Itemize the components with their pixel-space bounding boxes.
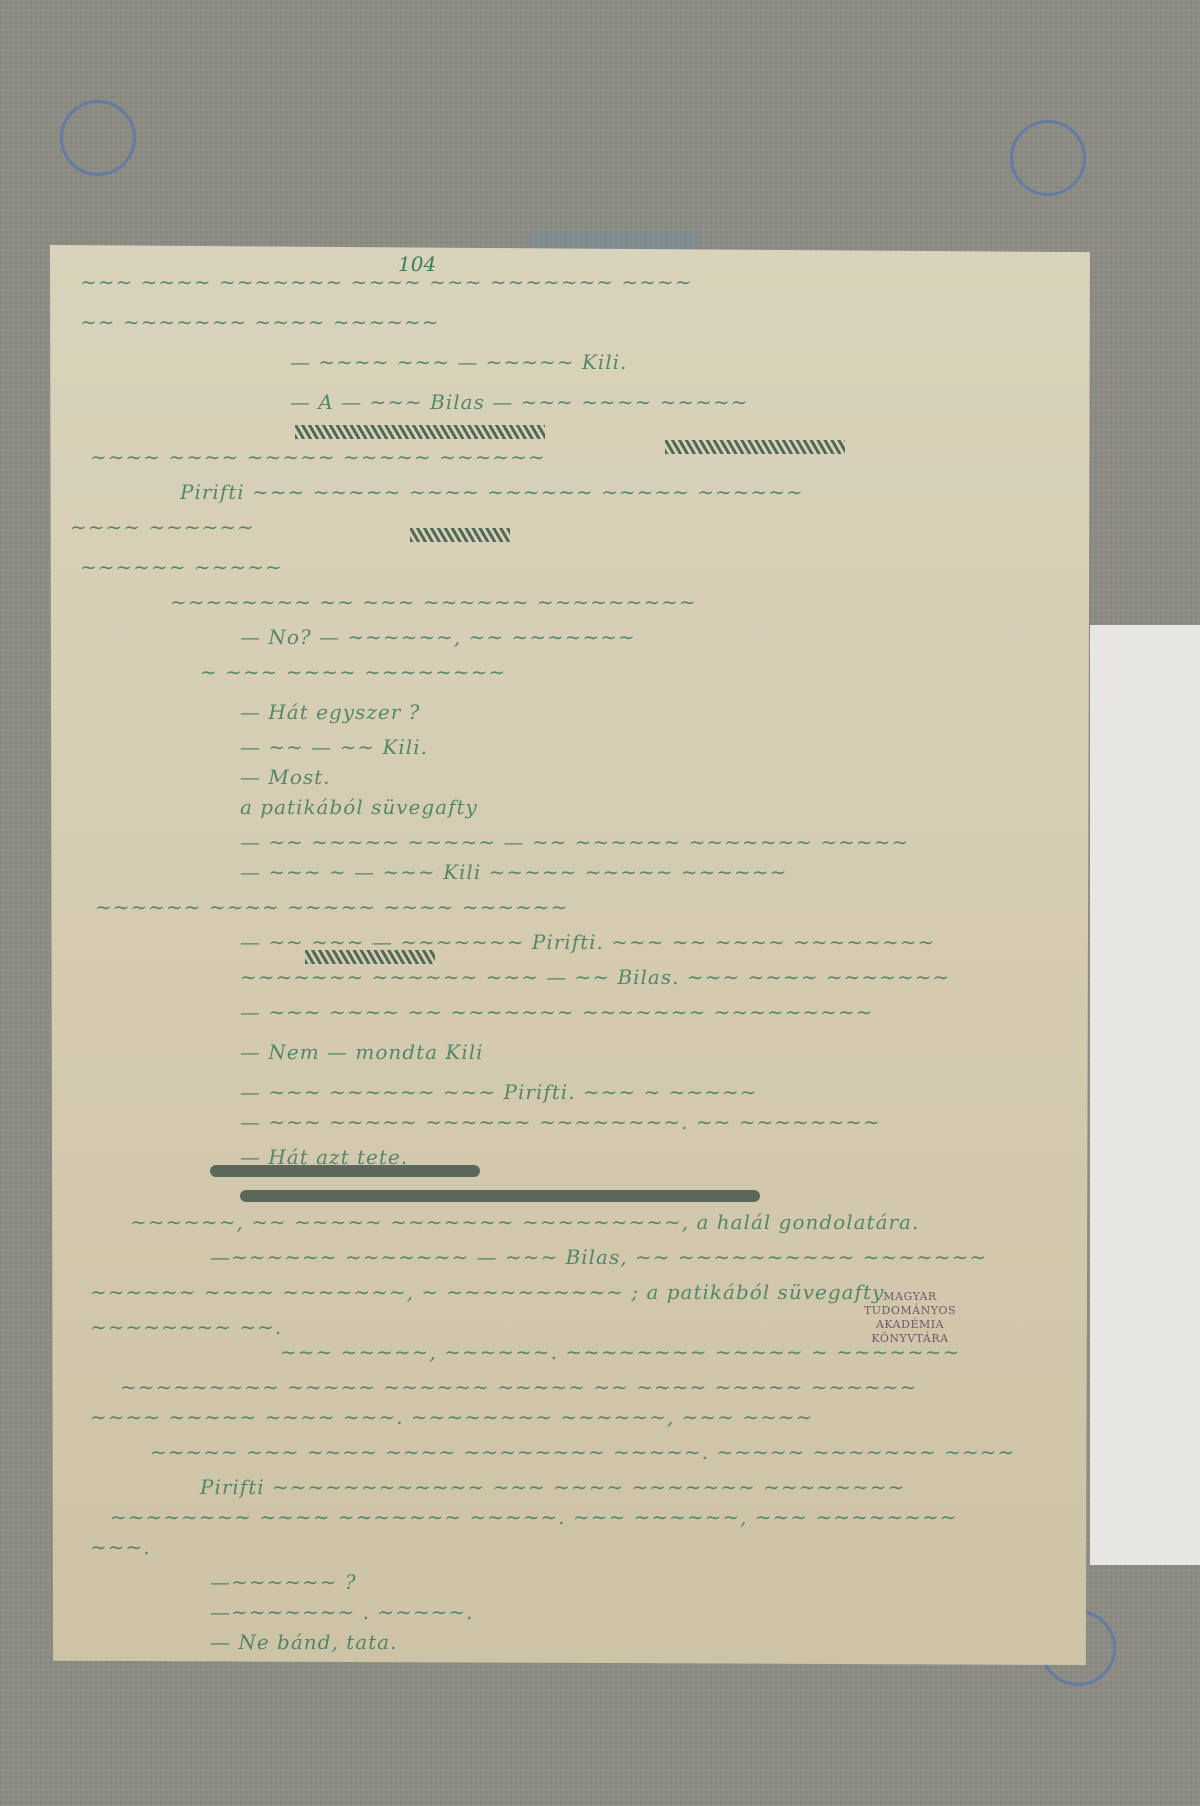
- manuscript-line: —∼∼∼∼∼∼ ∼∼∼∼∼∼∼ — ∼∼∼ Bilas, ∼∼ ∼∼∼∼∼∼∼∼…: [210, 1245, 987, 1269]
- manuscript-line: ∼∼∼∼∼ ∼∼∼ ∼∼∼∼ ∼∼∼∼ ∼∼∼∼∼∼∼∼ ∼∼∼∼∼. ∼∼∼∼…: [150, 1440, 1015, 1464]
- manuscript-line: ∼∼∼∼∼∼∼∼∼ ∼∼∼∼∼ ∼∼∼∼∼∼ ∼∼∼∼∼ ∼∼ ∼∼∼∼ ∼∼∼…: [120, 1375, 917, 1399]
- crossed-out-text: [210, 1165, 480, 1177]
- manuscript-line: — ∼∼ ∼∼∼∼∼ ∼∼∼∼∼ — ∼∼ ∼∼∼∼∼∼ ∼∼∼∼∼∼∼ ∼∼∼…: [240, 830, 909, 854]
- manuscript-line: a patikából süvegafty: [240, 795, 478, 819]
- corner-mark: [60, 100, 136, 176]
- manuscript-line: ∼∼∼∼∼∼ ∼∼∼∼∼: [80, 555, 283, 579]
- manuscript-line: — ∼∼∼ ∼ — ∼∼∼ Kili ∼∼∼∼∼ ∼∼∼∼∼ ∼∼∼∼∼∼: [240, 860, 787, 884]
- crossed-out-text: [295, 425, 545, 439]
- manuscript-line: — ∼∼∼∼ ∼∼∼ — ∼∼∼∼∼ Kili.: [290, 350, 627, 374]
- manuscript-line: ∼∼∼∼∼∼∼∼ ∼∼∼∼ ∼∼∼∼∼∼∼ ∼∼∼∼∼. ∼∼∼ ∼∼∼∼∼∼,…: [110, 1505, 958, 1529]
- manuscript-line: — ∼∼∼ ∼∼∼∼∼∼ ∼∼∼ Pirifti. ∼∼∼ ∼ ∼∼∼∼∼: [240, 1080, 757, 1104]
- manuscript-line: ∼ ∼∼∼ ∼∼∼∼ ∼∼∼∼∼∼∼∼: [200, 660, 506, 684]
- corner-mark: [1010, 120, 1086, 196]
- manuscript-line: —∼∼∼∼∼∼ ?: [210, 1570, 357, 1594]
- manuscript-line: — Ne bánd, tata.: [210, 1630, 397, 1654]
- stamp-line-2: TUDOMÁNYOS AKADÉMIA: [835, 1304, 985, 1332]
- manuscript-line: ∼∼∼∼ ∼∼∼∼∼ ∼∼∼∼ ∼∼∼. ∼∼∼∼∼∼∼∼ ∼∼∼∼∼∼, ∼∼…: [90, 1405, 813, 1429]
- manuscript-line: ∼∼∼∼∼∼∼ ∼∼∼∼∼∼ ∼∼∼ — ∼∼ Bilas. ∼∼∼ ∼∼∼∼ …: [240, 965, 950, 989]
- manuscript-line: ∼∼∼∼∼∼ ∼∼∼∼ ∼∼∼∼∼ ∼∼∼∼ ∼∼∼∼∼∼: [95, 895, 568, 919]
- manuscript-line: — Most.: [240, 765, 331, 789]
- manuscript-line: —∼∼∼∼∼∼∼ . ∼∼∼∼∼.: [210, 1600, 474, 1624]
- manuscript-line: Pirifti ∼∼∼ ∼∼∼∼∼ ∼∼∼∼ ∼∼∼∼∼∼ ∼∼∼∼∼ ∼∼∼∼…: [180, 480, 804, 504]
- manuscript-line: ∼∼∼∼∼∼∼∼ ∼∼ ∼∼∼ ∼∼∼∼∼∼ ∼∼∼∼∼∼∼∼∼: [170, 590, 697, 614]
- manuscript-line: ∼∼∼∼∼∼, ∼∼ ∼∼∼∼∼ ∼∼∼∼∼∼∼ ∼∼∼∼∼∼∼∼∼, a ha…: [130, 1210, 919, 1234]
- library-stamp: MAGYAR TUDOMÁNYOS AKADÉMIA KÖNYVTÁRA: [835, 1290, 985, 1346]
- manuscript-line: — ∼∼∼ ∼∼∼∼ ∼∼ ∼∼∼∼∼∼∼ ∼∼∼∼∼∼∼ ∼∼∼∼∼∼∼∼∼: [240, 1000, 873, 1024]
- manuscript-line: — A — ∼∼∼ Bilas — ∼∼∼ ∼∼∼∼ ∼∼∼∼∼: [290, 390, 748, 414]
- manuscript-line: — Hát egyszer ?: [240, 700, 420, 724]
- stamp-line-1: MAGYAR: [835, 1290, 985, 1304]
- manuscript-line: ∼∼∼∼ ∼∼∼∼ ∼∼∼∼∼ ∼∼∼∼∼ ∼∼∼∼∼∼: [90, 445, 546, 469]
- manuscript-line: ∼∼∼ ∼∼∼∼ ∼∼∼∼∼∼∼ ∼∼∼∼ ∼∼∼ ∼∼∼∼∼∼∼ ∼∼∼∼: [80, 270, 692, 294]
- manuscript-line: ∼∼∼.: [90, 1535, 151, 1559]
- manuscript-line: ∼∼∼∼∼∼∼∼ ∼∼.: [90, 1315, 282, 1339]
- manuscript-line: — ∼∼ — ∼∼ Kili.: [240, 735, 428, 759]
- crossed-out-text: [665, 440, 845, 454]
- crossed-out-text: [410, 528, 510, 542]
- manuscript-line: — No? — ∼∼∼∼∼∼, ∼∼ ∼∼∼∼∼∼∼: [240, 625, 636, 649]
- stamp-line-3: KÖNYVTÁRA: [835, 1332, 985, 1346]
- manuscript-line: — Nem — mondta Kili: [240, 1040, 484, 1064]
- manuscript-line: ∼∼∼∼ ∼∼∼∼∼∼: [70, 515, 255, 539]
- crossed-out-text: [305, 950, 435, 964]
- adjacent-sheet: [1090, 625, 1200, 1565]
- manuscript-line: ∼∼ ∼∼∼∼∼∼∼ ∼∼∼∼ ∼∼∼∼∼∼: [80, 310, 439, 334]
- manuscript-line: ∼∼∼∼∼∼ ∼∼∼∼ ∼∼∼∼∼∼∼, ∼ ∼∼∼∼∼∼∼∼∼∼ ; a pa…: [90, 1280, 884, 1304]
- crossed-out-text: [240, 1190, 760, 1202]
- manuscript-line: — ∼∼∼ ∼∼∼∼∼ ∼∼∼∼∼∼ ∼∼∼∼∼∼∼∼. ∼∼ ∼∼∼∼∼∼∼∼: [240, 1110, 881, 1134]
- manuscript-line: Pirifti ∼∼∼∼∼∼∼∼∼∼∼∼ ∼∼∼ ∼∼∼∼ ∼∼∼∼∼∼∼ ∼∼…: [200, 1475, 905, 1499]
